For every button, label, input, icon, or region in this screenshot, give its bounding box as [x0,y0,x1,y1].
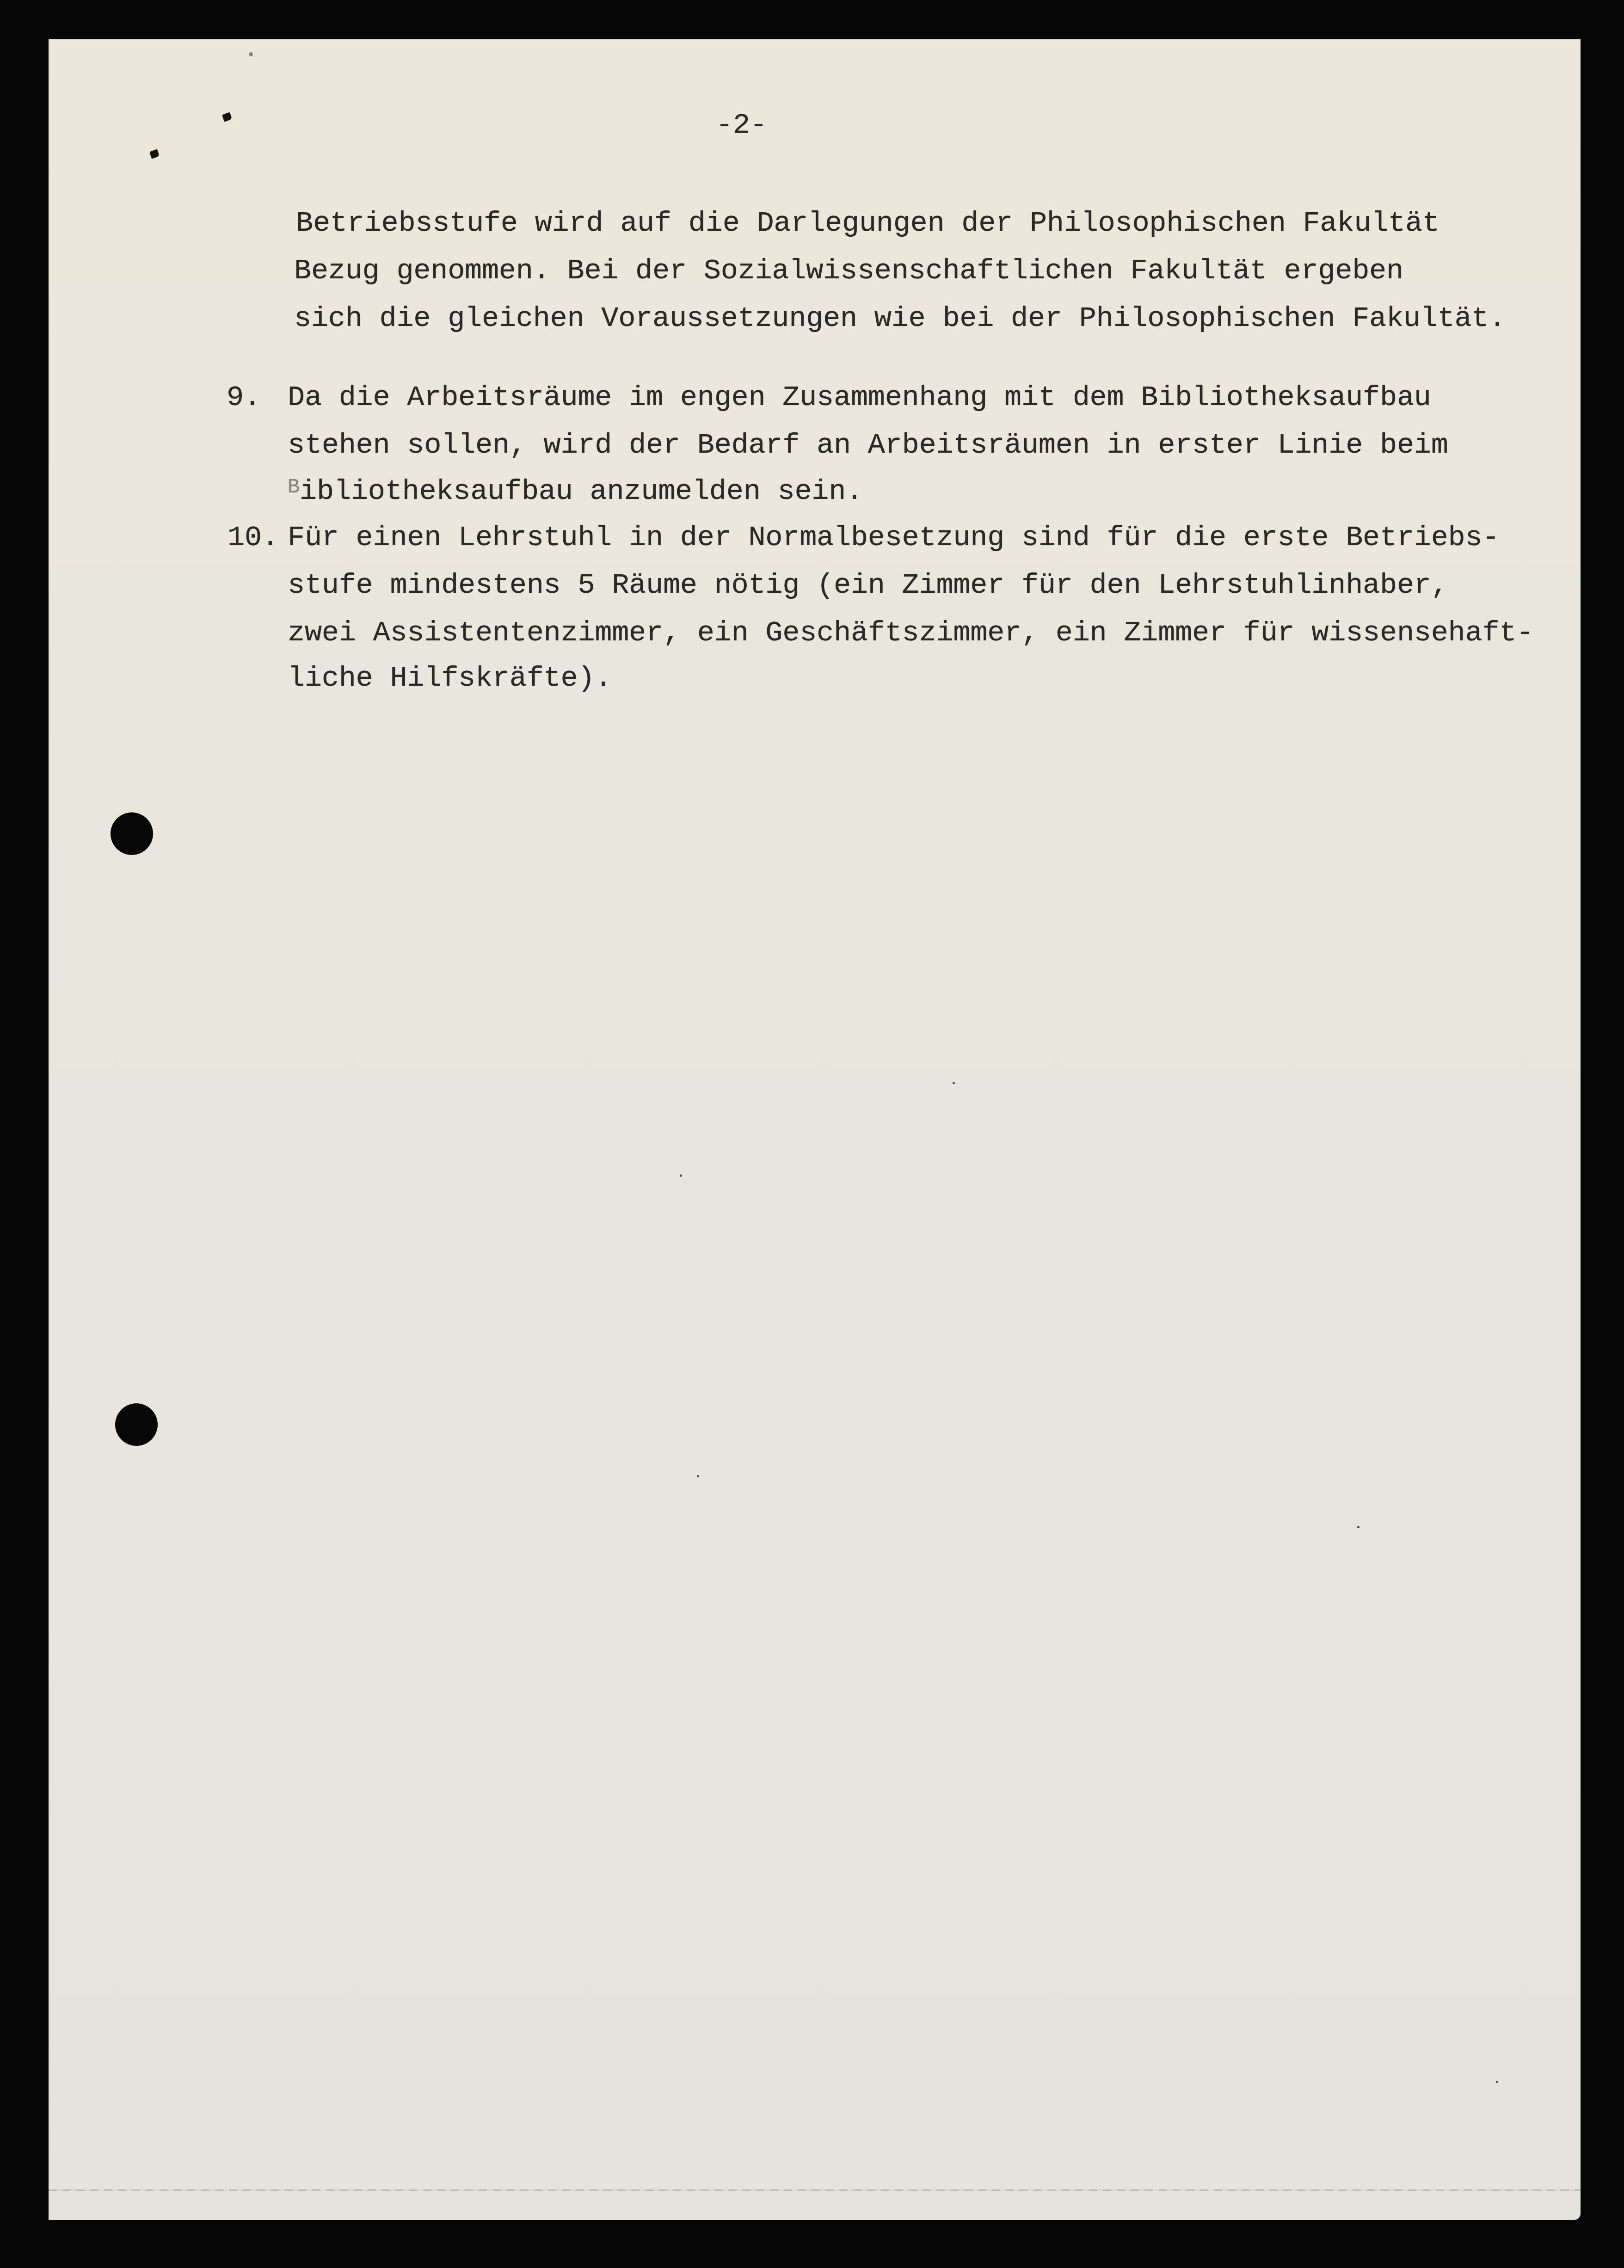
paper-speck [953,1082,955,1084]
continuation-line-1: Betriebsstufe wird auf die Darlegungen d… [296,209,1439,238]
item-9-line-1: Da die Arbeitsräume im engen Zusammenhan… [288,383,1431,412]
paper-speck [249,52,253,56]
staple-mark [222,112,232,122]
paper-speck [680,1174,682,1177]
punch-hole-top [111,812,153,855]
item-10-line-3: zwei Assistentenzimmer, ein Geschäftszim… [288,619,1533,647]
item-9-line-2: stehen sollen, wird der Bedarf an Arbeit… [288,431,1448,460]
fold-line [49,2189,1581,2191]
item-9-line-3-text: ibliotheksaufbau anzumelden sein. [300,475,863,508]
raised-initial-b: B [288,476,300,499]
paper-speck [1357,1526,1359,1528]
punch-hole-bottom [115,1403,158,1446]
item-9-number: 9. [227,383,261,412]
item-9-line-3: Bibliotheksaufbau anzumelden sein. [288,477,863,508]
item-10-line-4: liche Hilfskräfte). [288,664,612,693]
item-10-line-2: stufe mindestens 5 Räume nötig (ein Zimm… [288,571,1448,600]
paper-speck [1496,2081,1498,2083]
item-10-number: 10. [228,523,279,552]
staple-mark [149,149,160,159]
paper-speck [697,1475,699,1477]
paper-sheet [49,39,1581,2220]
continuation-line-2: Bezug genommen. Bei der Sozialwissenscha… [294,257,1403,285]
continuation-line-3: sich die gleichen Voraussetzungen wie be… [294,304,1506,333]
page-number: -2- [716,111,767,140]
item-10-line-1: Für einen Lehrstuhl in der Normalbesetzu… [288,523,1499,552]
